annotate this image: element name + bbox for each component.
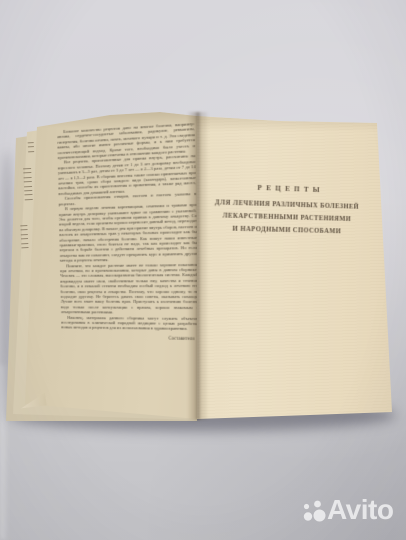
avito-dots-logo-icon [300, 497, 328, 523]
photo-vignette [0, 0, 406, 540]
avito-watermark-label: Avito [327, 495, 393, 525]
book-photo: Большое количество рецептов дано на мног… [0, 0, 406, 540]
